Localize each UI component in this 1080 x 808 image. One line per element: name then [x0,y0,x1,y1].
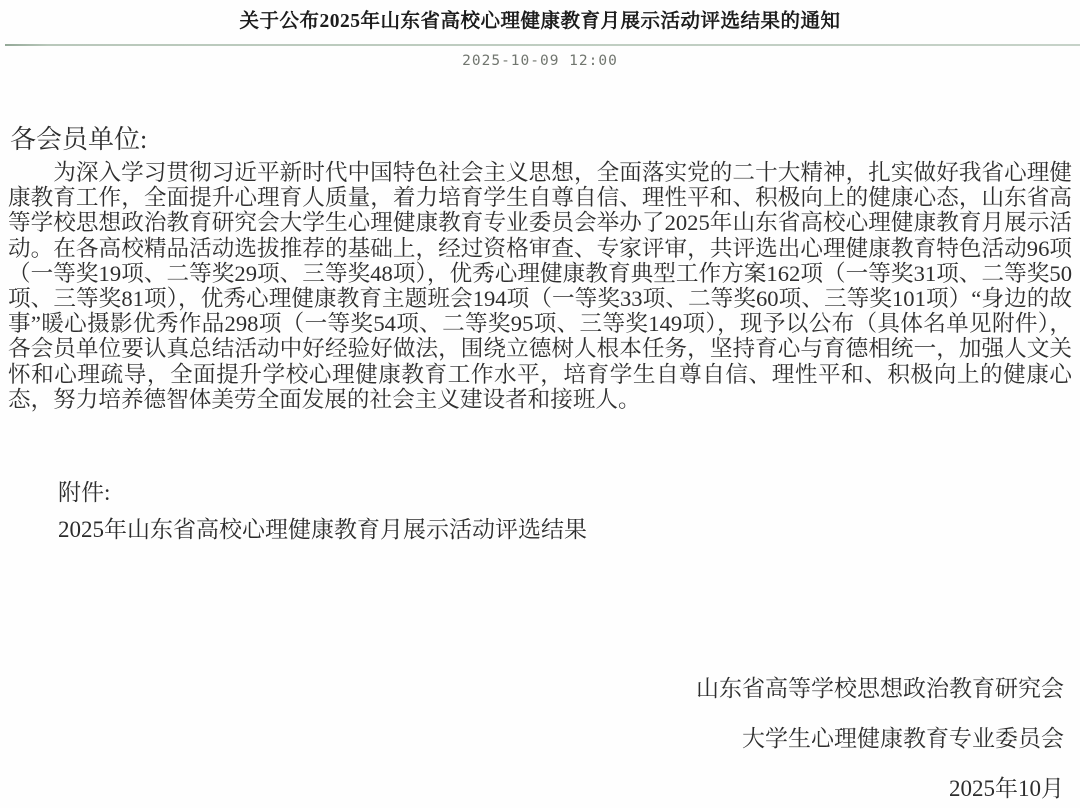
signature-org-line1: 山东省高等学校思想政治教育研究会 [696,676,1064,701]
signature-org-line2: 大学生心理健康教育专业委员会 [696,726,1064,751]
salutation: 各会员单位: [10,119,147,156]
notice-document-page: 关于公布2025年山东省高校心理健康教育月展示活动评选结果的通知 2025-10… [0,0,1080,808]
signature-date: 2025年10月 [696,776,1064,801]
attachment-label: 附件: [58,474,110,507]
signature-block: 山东省高等学校思想政治教育研究会 大学生心理健康教育专业委员会 2025年10月 [696,676,1064,801]
body-paragraph: 为深入学习贯彻习近平新时代中国特色社会主义思想，全面落实党的二十大精神，扎实做好… [8,160,1072,412]
document-title: 关于公布2025年山东省高校心理健康教育月展示活动评选结果的通知 [0,5,1080,33]
attachment-title: 2025年山东省高校心理健康教育月展示活动评选结果 [58,511,587,544]
title-divider [5,44,1080,46]
publish-datetime: 2025-10-09 12:00 [0,53,1080,69]
